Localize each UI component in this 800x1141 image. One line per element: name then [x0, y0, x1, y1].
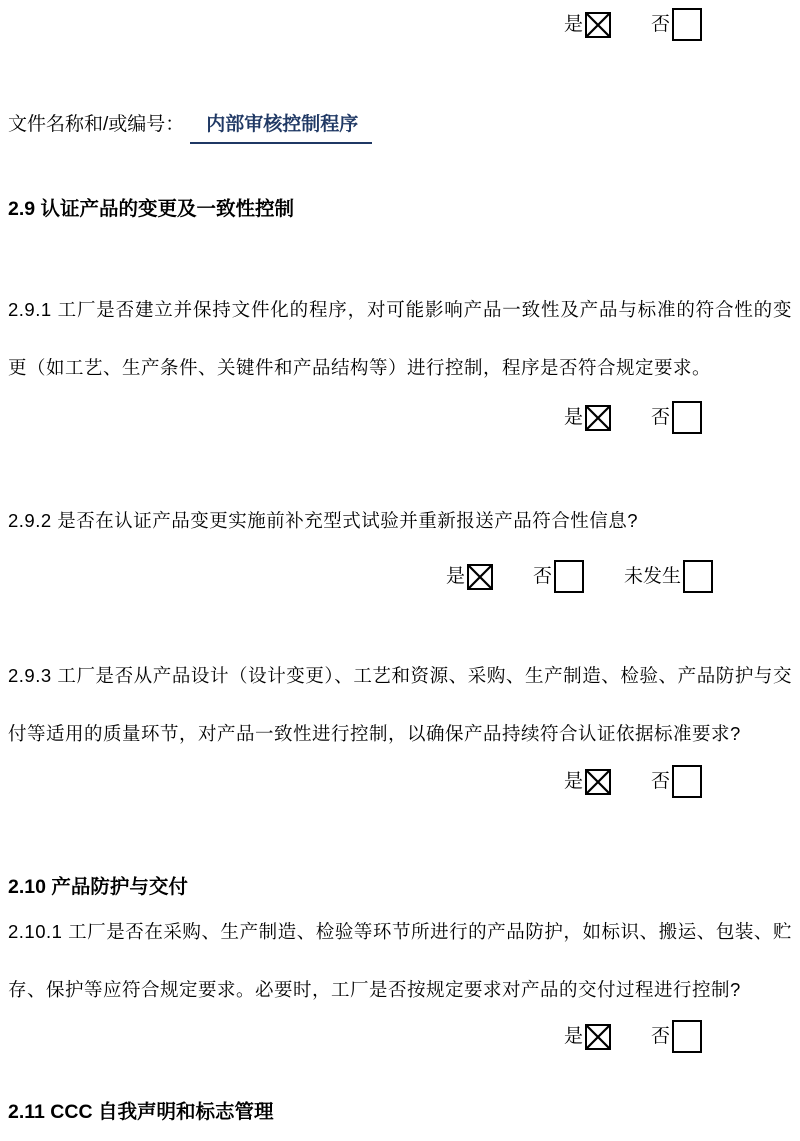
section-heading-2-10: 2.10 产品防护与交付	[8, 874, 792, 900]
file-reference-line: 文件名称和/或编号： 内部审核控制程序	[8, 111, 792, 144]
q292-no-option: 否	[533, 560, 584, 593]
q2101-yes-option: 是	[564, 1024, 611, 1050]
no-label: 否	[651, 772, 670, 791]
q292-no-checkbox[interactable]	[554, 560, 584, 593]
header-yes-checkbox[interactable]	[585, 12, 611, 38]
q2101-no-checkbox[interactable]	[672, 1020, 702, 1053]
question-2-9-2: 2.9.2 是否在认证产品变更实施前补充型式试验并重新报送产品符合性信息?	[8, 492, 792, 550]
yes-label: 是	[564, 408, 583, 427]
header-yes-option: 是	[564, 12, 611, 38]
q291-yes-option: 是	[564, 405, 611, 431]
no-label: 否	[533, 567, 552, 586]
question-2-10-1: 2.10.1 工厂是否在采购、生产制造、检验等环节所进行的产品防护，如标识、搬运…	[8, 903, 792, 1019]
q291-yes-checkbox[interactable]	[585, 405, 611, 431]
yes-label: 是	[564, 1027, 583, 1046]
question-2-9-3: 2.9.3 工厂是否从产品设计（设计变更）、工艺和资源、采购、生产制造、检验、产…	[8, 647, 792, 763]
q2101-no-option: 否	[651, 1020, 702, 1053]
x-mark-icon	[587, 1026, 609, 1048]
answer-row-2-9-2: 是 否 未发生	[8, 560, 792, 593]
no-label: 否	[651, 408, 670, 427]
header-no-option: 否	[651, 8, 702, 41]
no-label: 否	[651, 15, 670, 34]
q291-no-checkbox[interactable]	[672, 401, 702, 434]
answer-row-header: 是 否	[8, 8, 792, 41]
q293-no-checkbox[interactable]	[672, 765, 702, 798]
q292-not-occurred-option: 未发生	[624, 560, 713, 593]
q292-yes-option: 是	[446, 564, 493, 590]
q2101-yes-checkbox[interactable]	[585, 1024, 611, 1050]
section-heading-2-9: 2.9 认证产品的变更及一致性控制	[8, 196, 792, 222]
q293-no-option: 否	[651, 765, 702, 798]
header-no-checkbox[interactable]	[672, 8, 702, 41]
document-page: 是 否 文件名称和/或编号： 内部审核控制程序 2.9 认证产品的变更及一致性控…	[0, 0, 800, 1141]
section-heading-2-11: 2.11 CCC 自我声明和标志管理	[8, 1099, 792, 1125]
file-reference-value: 内部审核控制程序	[190, 111, 372, 144]
q293-yes-checkbox[interactable]	[585, 769, 611, 795]
answer-row-2-10-1: 是 否	[8, 1020, 792, 1053]
x-mark-icon	[587, 14, 609, 36]
not-occurred-label: 未发生	[624, 567, 681, 586]
x-mark-icon	[469, 566, 491, 588]
answer-row-2-9-1: 是 否	[8, 401, 792, 434]
x-mark-icon	[587, 771, 609, 793]
file-reference-label: 文件名称和/或编号：	[8, 111, 184, 139]
no-label: 否	[651, 1027, 670, 1046]
q291-no-option: 否	[651, 401, 702, 434]
q292-yes-checkbox[interactable]	[467, 564, 493, 590]
answer-row-2-9-3: 是 否	[8, 765, 792, 798]
yes-label: 是	[564, 772, 583, 791]
question-2-9-1: 2.9.1 工厂是否建立并保持文件化的程序，对可能影响产品一致性及产品与标准的符…	[8, 281, 792, 397]
yes-label: 是	[564, 15, 583, 34]
q293-yes-option: 是	[564, 769, 611, 795]
yes-label: 是	[446, 567, 465, 586]
x-mark-icon	[587, 407, 609, 429]
q292-not-occurred-checkbox[interactable]	[683, 560, 713, 593]
